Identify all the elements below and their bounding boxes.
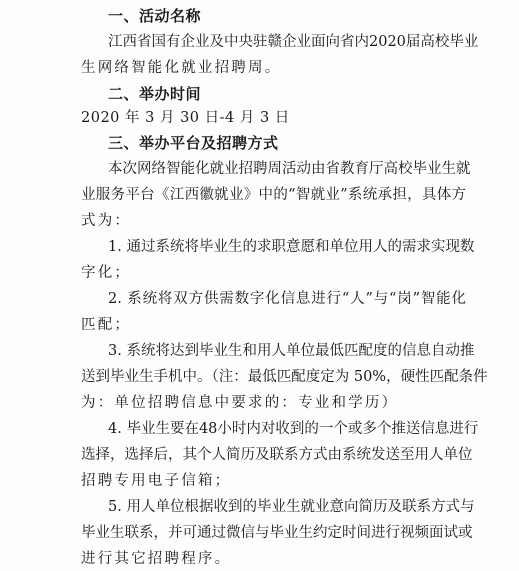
- paragraph-line: 字化；: [81, 263, 466, 283]
- section-heading-1: 一、活动名称: [108, 6, 466, 26]
- paragraph-line: 式为：: [81, 211, 466, 231]
- paragraph-line: 选择，选择后，其个人简历及联系方式由系统发送至用人单位: [81, 445, 466, 465]
- document-page: 一、活动名称 江西省国有企业及中央驻赣企业面向省内2020届高校毕业 生网络智能…: [0, 0, 519, 571]
- paragraph-line: 业服务平台《江西徽就业》中的“智就业”系统承担，具体方: [81, 185, 466, 205]
- paragraph-line: 匹配；: [81, 315, 466, 335]
- paragraph-line: 江西省国有企业及中央驻赣企业面向省内2020届高校毕业: [108, 32, 466, 52]
- section-heading-2: 二、举办时间: [108, 84, 466, 104]
- paragraph-line: 招聘专用电子信箱；: [81, 471, 466, 491]
- list-item-2: 2. 系统将双方供需数字化信息进行“人”与“岗”智能化: [108, 289, 466, 309]
- list-item-5: 5. 用人单位根据收到的毕业生就业意向简历及联系方式与: [108, 497, 466, 517]
- paragraph-line: 生网络智能化就业招聘周。: [81, 58, 466, 78]
- event-date: 2020 年 3 月 30 日-4 月 3 日: [81, 108, 466, 128]
- list-item-1: 1. 通过系统将毕业生的求职意愿和单位用人的需求实现数: [108, 237, 466, 257]
- paragraph-line: 毕业生联系，并可通过微信与毕业生约定时间进行视频面试或: [81, 523, 466, 543]
- paragraph-line: 送到毕业生手机中。（注：最低匹配度定为 50%，硬性匹配条件: [81, 367, 466, 387]
- paragraph-line: 进行其它招聘程序。: [81, 549, 466, 569]
- paragraph-line: 为：单位招聘信息中要求的：专业和学历）: [81, 393, 466, 413]
- list-item-4: 4. 毕业生要在48小时内对收到的一个或多个推送信息进行: [108, 419, 466, 439]
- list-item-3: 3. 系统将达到毕业生和用人单位最低匹配度的信息自动推: [108, 341, 466, 361]
- paragraph-line: 本次网络智能化就业招聘周活动由省教育厅高校毕业生就: [108, 159, 466, 179]
- section-heading-3: 三、举办平台及招聘方式: [108, 133, 466, 153]
